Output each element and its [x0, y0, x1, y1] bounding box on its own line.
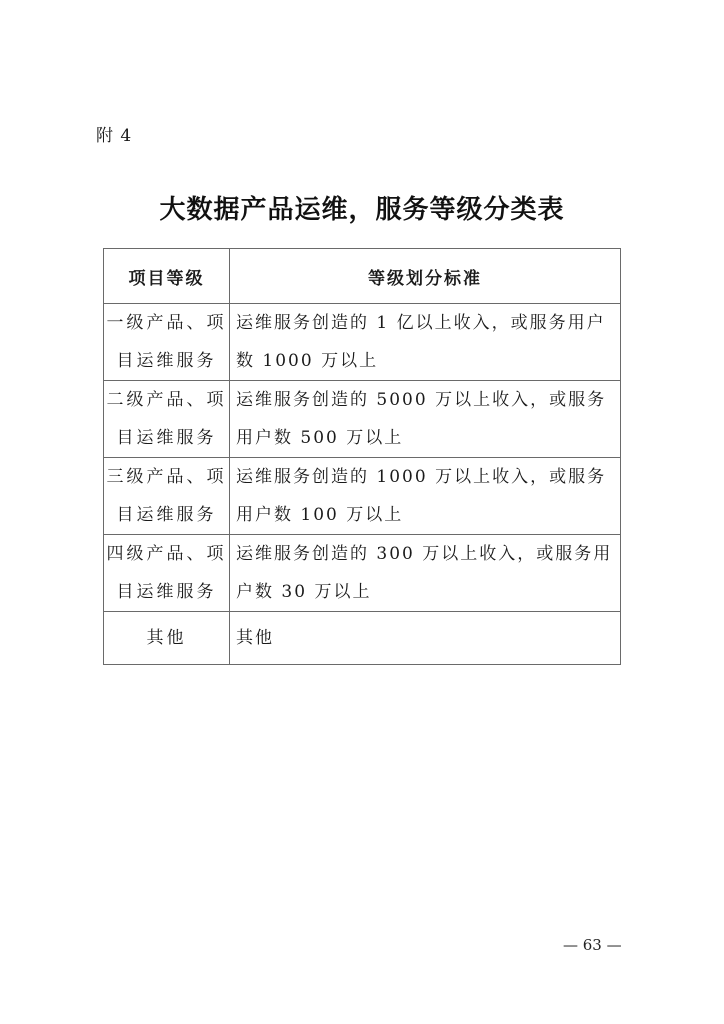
criteria-cell: 运维服务创造的 1 亿以上收入，或服务用户数 1000 万以上: [230, 304, 621, 381]
header-project-level: 项目等级: [104, 249, 230, 304]
criteria-cell: 运维服务创造的 5000 万以上收入，或服务用户数 500 万以上: [230, 381, 621, 458]
grade-classification-table: 项目等级 等级划分标准 一级产品、项目运维服务 运维服务创造的 1 亿以上收入，…: [103, 248, 621, 665]
criteria-cell: 其他: [230, 612, 621, 665]
attachment-label: 附 4: [96, 121, 132, 146]
level-cell: 一级产品、项目运维服务: [104, 304, 230, 381]
table-row: 二级产品、项目运维服务 运维服务创造的 5000 万以上收入，或服务用户数 50…: [104, 381, 621, 458]
page-title: 大数据产品运维，服务等级分类表: [0, 189, 724, 226]
table-row: 其他 其他: [104, 612, 621, 665]
criteria-cell: 运维服务创造的 1000 万以上收入，或服务用户数 100 万以上: [230, 458, 621, 535]
level-cell: 其他: [104, 612, 230, 665]
table-row: 一级产品、项目运维服务 运维服务创造的 1 亿以上收入，或服务用户数 1000 …: [104, 304, 621, 381]
table-row: 三级产品、项目运维服务 运维服务创造的 1000 万以上收入，或服务用户数 10…: [104, 458, 621, 535]
level-cell: 二级产品、项目运维服务: [104, 381, 230, 458]
criteria-cell: 运维服务创造的 300 万以上收入，或服务用户数 30 万以上: [230, 535, 621, 612]
table-row: 四级产品、项目运维服务 运维服务创造的 300 万以上收入，或服务用户数 30 …: [104, 535, 621, 612]
level-cell: 三级产品、项目运维服务: [104, 458, 230, 535]
level-cell: 四级产品、项目运维服务: [104, 535, 230, 612]
table-header-row: 项目等级 等级划分标准: [104, 249, 621, 304]
page-number: — 63 —: [563, 936, 622, 954]
header-criteria: 等级划分标准: [230, 249, 621, 304]
